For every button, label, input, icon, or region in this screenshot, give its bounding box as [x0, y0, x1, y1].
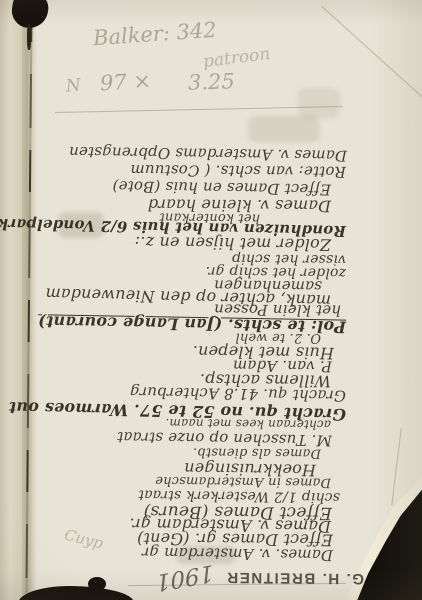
breitner-name-stamp: G. H. BREITNER: [226, 569, 364, 587]
previous-page-edge: [0, 0, 22, 600]
binding-drip: [27, 24, 31, 50]
paper-crease-bottom-right: [391, 428, 401, 506]
paper-smudge: [298, 88, 340, 118]
handwriting-line: Effect Dames en huis (Bote): [120, 178, 331, 196]
pencil-annotation: 3.25: [188, 71, 235, 94]
binding-bump: [88, 577, 106, 591]
handwriting-line: Dames. v. Amsterdam gr: [158, 545, 333, 562]
pencil-annotation: Cuyp: [63, 527, 105, 551]
handwriting-line: Dames v. Amsterdams Opbrengsten: [95, 144, 347, 163]
year-annotation: 1901: [155, 559, 215, 596]
paper-smudge: [248, 116, 320, 142]
handwriting-line: Gracht qu. 41.8 Achterburg: [133, 384, 346, 403]
pencil-annotation: 97 ×: [99, 71, 151, 95]
pencil-annotation: Balker: 342: [92, 20, 217, 50]
notebook-page-photo: Balker: 342patroonN97 ×3.25Cuyp Dames v.…: [0, 0, 422, 600]
pencil-annotation: N: [65, 77, 81, 95]
handwriting-line: Dames als dienstb.: [184, 445, 321, 459]
pencil-annotation: patroon: [202, 46, 271, 71]
handwriting-line: Zolder met hijsen en z.:: [113, 234, 331, 253]
stamp-row: G. H. BREITNER 1901: [146, 562, 364, 594]
handwriting-line: Rotte: van schts. ( Costuum: [133, 162, 346, 179]
